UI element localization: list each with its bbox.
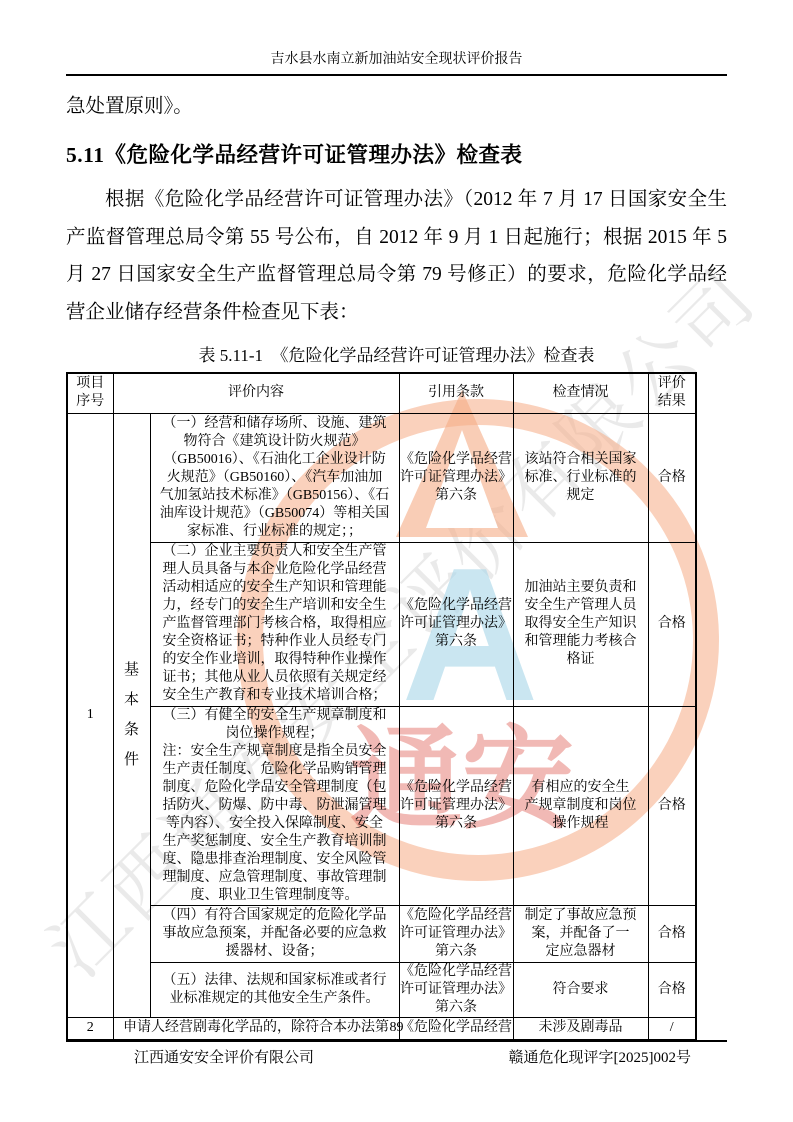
result-cell: 合格 xyxy=(648,413,696,542)
clause-cell: 《危险化学品经营 许可证管理办法》 第六条 xyxy=(399,413,513,542)
table-header-row: 项目 序号 评价内容 引用条款 检查情况 评价 结果 xyxy=(67,373,696,413)
running-header: 吉水县水南立新加油站安全现状评价报告 xyxy=(66,0,727,76)
carryover-text: 急处置原则》。 xyxy=(66,90,727,118)
result-cell: 合格 xyxy=(648,706,696,905)
header-clause: 引用条款 xyxy=(399,373,513,413)
check-cell: 有相应的安全生 产规章制度和岗位 操作规程 xyxy=(513,706,648,905)
result-cell: 合格 xyxy=(648,542,696,706)
item-no-1: 1 xyxy=(67,413,113,1017)
page-footer: 89 江西通安安全评价有限公司 赣通危化现评字[2025]002号 xyxy=(66,1020,727,1067)
check-cell: 符合要求 xyxy=(513,962,648,1017)
table-row: （四）有符合国家规定的危险化学品 事故应急预案，并配备必要的应急救 援器材、设备… xyxy=(67,905,696,962)
section-heading: 5.11《危险化学品经营许可证管理办法》检查表 xyxy=(66,138,727,169)
clause-cell: 《危险化学品经营 许可证管理办法》 第六条 xyxy=(399,905,513,962)
footer-company: 江西通安安全评价有限公司 xyxy=(134,1046,314,1067)
header-check: 检查情况 xyxy=(513,373,648,413)
content-cell: （五）法律、法规和国家标准或者行 业标准规定的其他安全生产条件。 xyxy=(150,962,399,1017)
report-title: 吉水县水南立新加油站安全现状评价报告 xyxy=(271,52,523,67)
table-row: （五）法律、法规和国家标准或者行 业标准规定的其他安全生产条件。 《危险化学品经… xyxy=(67,962,696,1017)
clause-cell: 《危险化学品经营 许可证管理办法》 第六条 xyxy=(399,542,513,706)
content-cell: （一）经营和储存场所、设施、建筑 物符合《建筑设计防火规范》 （GB50016）… xyxy=(150,413,399,542)
category-cell: 基本条件 xyxy=(113,413,150,1017)
result-cell: 合格 xyxy=(648,905,696,962)
table-row: （二）企业主要负责人和安全生产管 理人员具备与本企业危险化学品经营 活动相适应的… xyxy=(67,542,696,706)
check-cell: 该站符合相关国家 标准、行业标准的 规定 xyxy=(513,413,648,542)
check-cell: 加油站主要负责和 安全生产管理人员 取得安全生产知识 和管理能力考核合 格证 xyxy=(513,542,648,706)
header-content: 评价内容 xyxy=(113,373,399,413)
clause-cell: 《危险化学品经营 许可证管理办法》 第六条 xyxy=(399,706,513,905)
header-result: 评价 结果 xyxy=(648,373,696,413)
content-cell: （三）有健全的安全生产规章制度和 岗位操作规程； 注：安全生产规章制度是指全员安… xyxy=(150,706,399,905)
inspection-table: 项目 序号 评价内容 引用条款 检查情况 评价 结果 1 基本条件 （一）经营和… xyxy=(66,372,697,1041)
content-cell: （二）企业主要负责人和安全生产管 理人员具备与本企业危险化学品经营 活动相适应的… xyxy=(150,542,399,706)
table-caption: 表 5.11-1 《危险化学品经营许可证管理办法》检查表 xyxy=(66,341,727,366)
result-cell: 合格 xyxy=(648,962,696,1017)
table-row: 1 基本条件 （一）经营和储存场所、设施、建筑 物符合《建筑设计防火规范》 （G… xyxy=(67,413,696,542)
footer-row: 江西通安安全评价有限公司 赣通危化现评字[2025]002号 xyxy=(66,1042,727,1067)
clause-cell: 《危险化学品经营 许可证管理办法》 第六条 xyxy=(399,962,513,1017)
page-content: 吉水县水南立新加油站安全现状评价报告 急处置原则》。 5.11《危险化学品经营许… xyxy=(0,0,793,1041)
table-row: （三）有健全的安全生产规章制度和 岗位操作规程； 注：安全生产规章制度是指全员安… xyxy=(67,706,696,905)
check-cell: 制定了事故应急预 案，并配备了一 定应急器材 xyxy=(513,905,648,962)
document-page: 江西通安安全评价有限公司 A 通安 吉水县水南立新加油站安全现状评价报告 急处置… xyxy=(0,0,793,1122)
intro-paragraph: 根据《危险化学品经营许可证管理办法》（2012 年 7 月 17 日国家安全生产… xyxy=(66,181,727,331)
category-label: 基本条件 xyxy=(124,655,140,775)
content-cell: （四）有符合国家规定的危险化学品 事故应急预案，并配备必要的应急救 援器材、设备… xyxy=(150,905,399,962)
footer-doc-number: 赣通危化现评字[2025]002号 xyxy=(509,1046,692,1067)
header-item-no: 项目 序号 xyxy=(67,373,113,413)
page-number: 89 xyxy=(66,1020,727,1036)
